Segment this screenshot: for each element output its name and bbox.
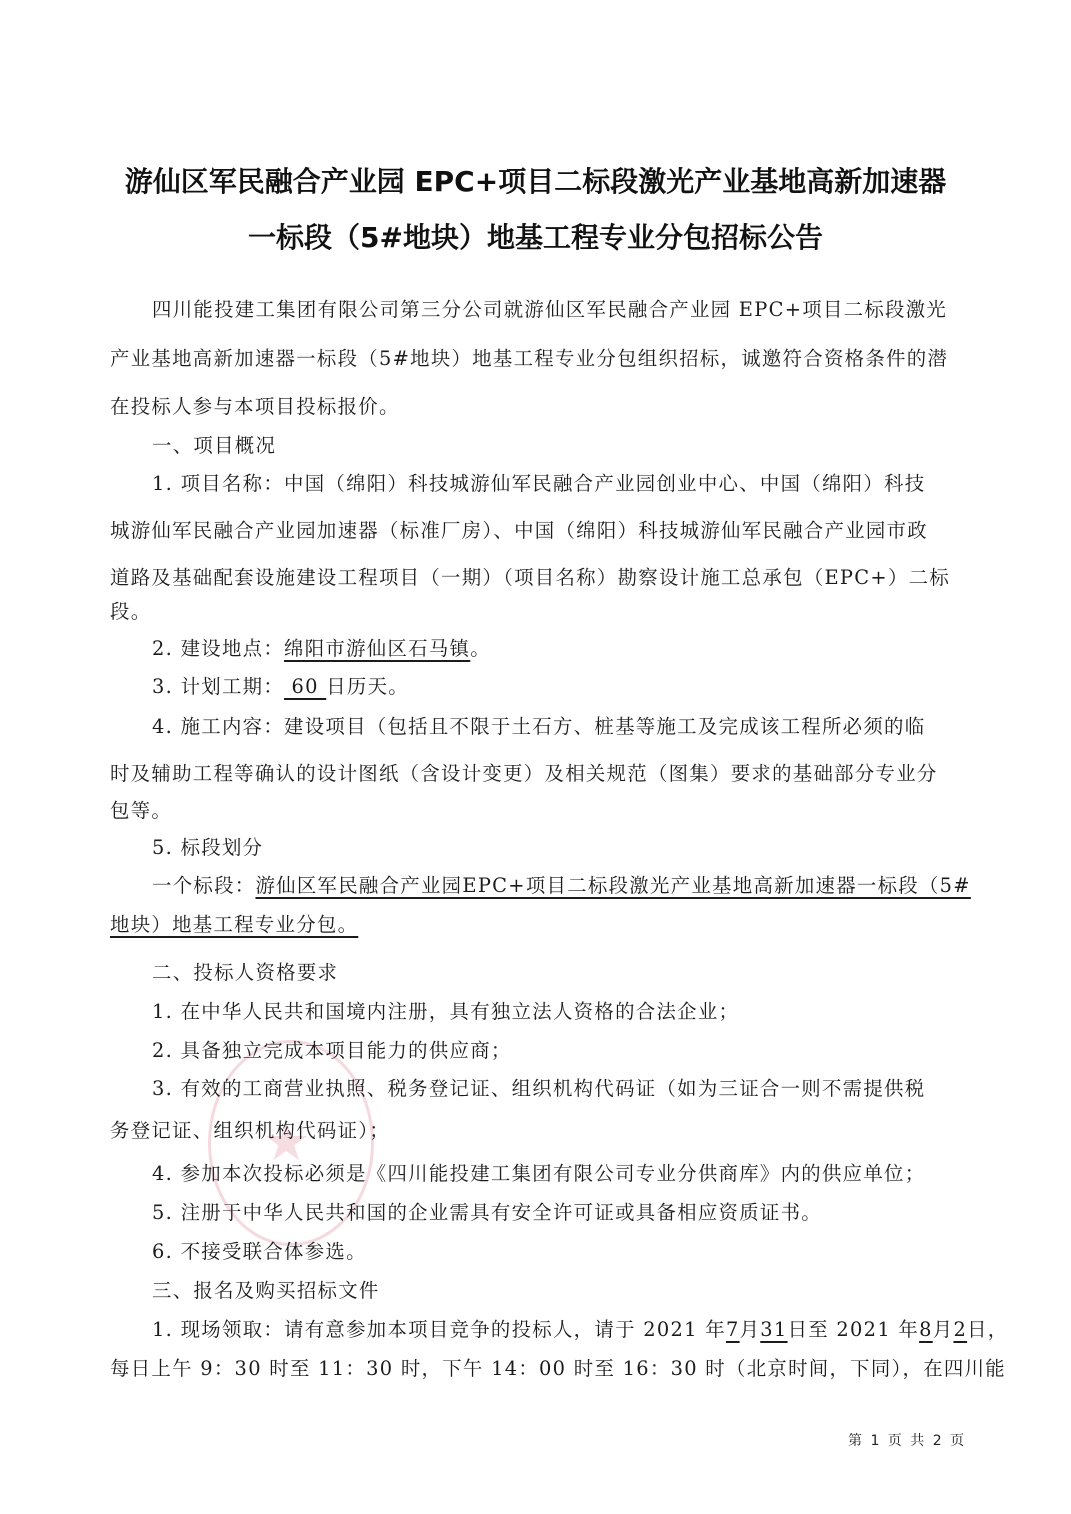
planned-duration: 3. 计划工期： 60 日历天。: [152, 673, 972, 701]
intro-line1: 四川能投建工集团有限公司第三分公司就游仙区军民融合产业园 EPC+项目二标段激光: [152, 296, 972, 324]
construction-site-label: 2. 建设地点：: [152, 637, 284, 660]
planned-duration-label: 3. 计划工期：: [152, 675, 284, 698]
planned-duration-suffix: 日历天。: [326, 675, 409, 698]
start-day: 31: [760, 1318, 787, 1341]
qualification-item-6: 6. 不接受联合体参选。: [152, 1238, 972, 1266]
onsite-pickup-prefix: 1. 现场领取：请有意参加本项目竞争的投标人，请于 2021 年: [152, 1318, 726, 1341]
project-name-line3: 道路及基础配套设施建设工程项目（一期）（项目名称）勘察设计施工总承包（EPC+）…: [110, 564, 972, 592]
end-month: 8: [919, 1318, 933, 1341]
section2-heading: 二、投标人资格要求: [152, 959, 972, 987]
project-name-line4: 段。: [110, 598, 972, 626]
date-range-end: 日，: [967, 1318, 1008, 1341]
qualification-item-3-cont: 务登记证、组织机构代码证）；: [110, 1117, 972, 1145]
start-month-char: 月: [740, 1318, 761, 1341]
qualification-item-4: 4. 参加本次投标必须是《四川能投建工集团有限公司专业分供商库》内的供应单位；: [152, 1160, 972, 1188]
qualification-item-5: 5. 注册于中华人民共和国的企业需具有安全许可证或具备相应资质证书。: [152, 1199, 972, 1227]
scope-line2: 时及辅助工程等确认的设计图纸（含设计变更）及相关规范（图集）要求的基础部分专业分: [110, 760, 972, 788]
construction-site-suffix: 。: [470, 637, 491, 660]
lot-division-heading: 5. 标段划分: [152, 834, 972, 862]
construction-site-value: 绵阳市游仙区石马镇: [284, 637, 470, 660]
lot-division-line2: 地块）地基工程专业分包。: [110, 911, 972, 939]
qualification-item-3: 3. 有效的工商营业执照、税务登记证、组织机构代码证（如为三证合一则不需提供税: [152, 1075, 972, 1103]
qualification-item-2: 2. 具备独立完成本项目能力的供应商；: [152, 1037, 972, 1065]
end-day: 2: [953, 1318, 967, 1341]
planned-duration-value: 60: [284, 675, 326, 698]
onsite-pickup-line2: 每日上午 9：30 时至 11：30 时，下午 14：00 时至 16：30 时…: [110, 1355, 972, 1383]
document-title-line2: 一标段（5#地块）地基工程专业分包招标公告: [0, 216, 1071, 256]
document-title-line1: 游仙区军民融合产业园 EPC+项目二标段激光产业基地高新加速器: [0, 160, 1071, 200]
section3-heading: 三、报名及购买招标文件: [152, 1277, 972, 1305]
end-month-char: 月: [933, 1318, 954, 1341]
intro-line2: 产业基地高新加速器一标段（5#地块）地基工程专业分包组织招标，诚邀符合资格条件的…: [110, 345, 972, 373]
lot-value-part1: 游仙区军民融合产业园EPC+项目二标段激光产业基地高新加速器一标段（5#: [255, 874, 970, 897]
lot-value-part2: 地块）地基工程专业分包。: [110, 913, 358, 936]
scope-line1: 4. 施工内容：建设项目（包括且不限于土石方、桩基等施工及完成该工程所必须的临: [152, 713, 972, 741]
onsite-pickup-line1: 1. 现场领取：请有意参加本项目竞争的投标人，请于 2021 年7月31日至 2…: [152, 1316, 972, 1344]
document-page: ★ 游仙区军民融合产业园 EPC+项目二标段激光产业基地高新加速器 一标段（5#…: [0, 0, 1071, 1514]
lot-label: 一个标段：: [152, 874, 255, 897]
scope-line3: 包等。: [110, 797, 972, 825]
start-month: 7: [726, 1318, 740, 1341]
project-name-line2: 城游仙军民融合产业园加速器（标准厂房）、中国（绵阳）科技城游仙军民融合产业园市政: [110, 517, 972, 545]
construction-site: 2. 建设地点：绵阳市游仙区石马镇。: [152, 635, 972, 663]
qualification-item-1: 1. 在中华人民共和国境内注册，具有独立法人资格的合法企业；: [152, 998, 972, 1026]
lot-division-line1: 一个标段：游仙区军民融合产业园EPC+项目二标段激光产业基地高新加速器一标段（5…: [152, 872, 972, 900]
date-range-mid: 日至 2021 年: [788, 1318, 920, 1341]
project-name-line1: 1. 项目名称：中国（绵阳）科技城游仙军民融合产业园创业中心、中国（绵阳）科技: [152, 470, 972, 498]
page-indicator: 第 1 页 共 2 页: [848, 1430, 966, 1450]
section1-heading: 一、项目概况: [152, 432, 972, 460]
intro-line3: 在投标人参与本项目投标报价。: [110, 393, 972, 421]
